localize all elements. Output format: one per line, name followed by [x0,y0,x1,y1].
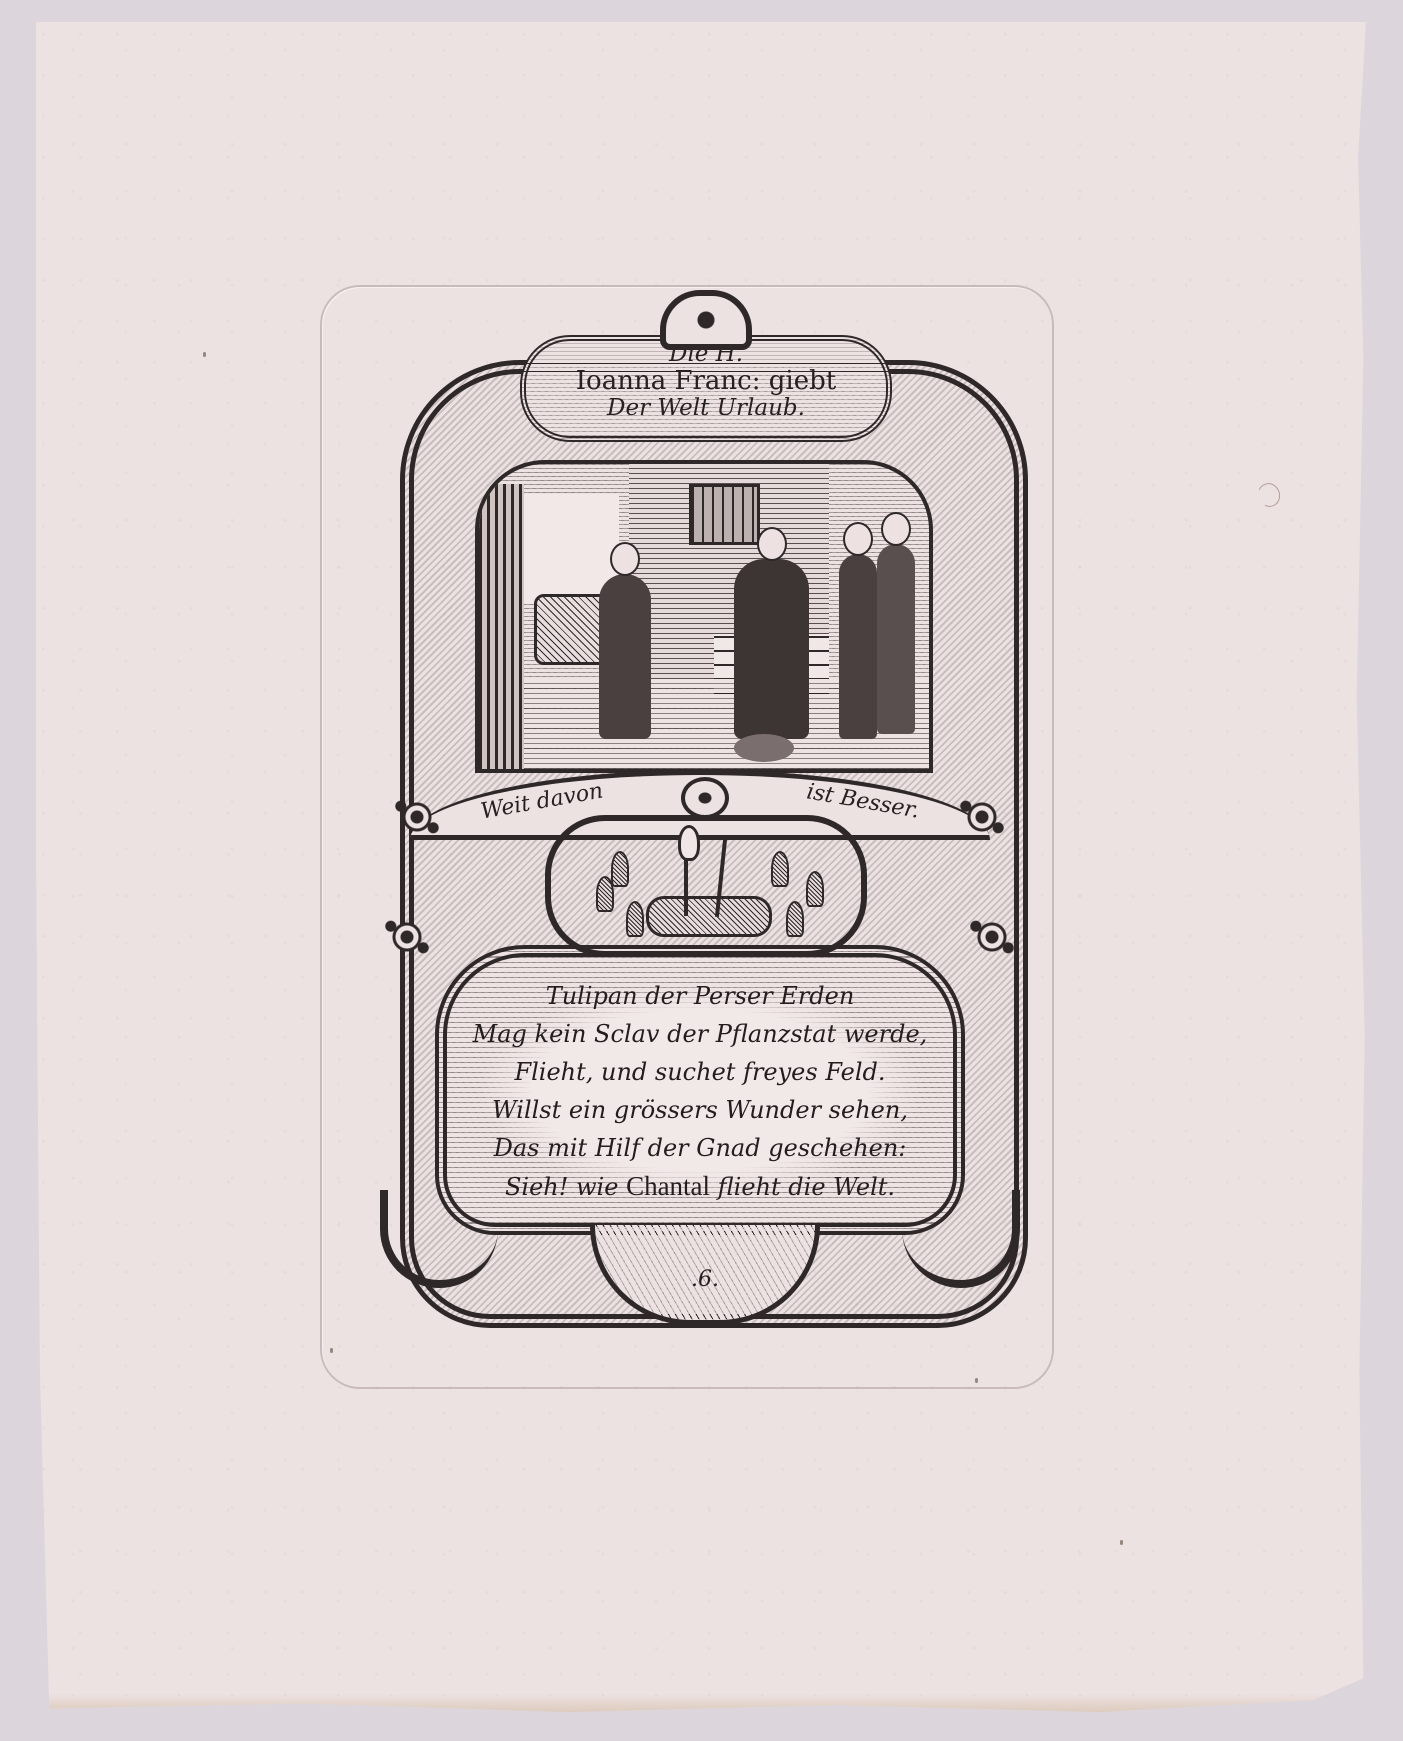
deckle-edge [36,1694,1366,1712]
topiary-tree [786,901,804,937]
flower-garland-right-lower [965,910,1019,964]
title-line-3: Der Welt Urlaub. [526,395,886,422]
figure-child-on-threshold [734,734,794,762]
plate-number: .6. [691,1267,719,1292]
title-cartouche: Die H. Ioanna Franc: giebt Der Welt Urla… [520,335,892,442]
verse-line-4: Willst ein grössers Wunder sehen, [447,1091,953,1129]
verse-line-3: Flieht, und suchet freyes Feld. [447,1053,953,1091]
topiary-tree [771,851,789,887]
flower-garland-right [955,790,1009,844]
engraving: Die H. Ioanna Franc: giebt Der Welt Urla… [380,290,1020,1330]
verse-line-6-start: Sieh! wie [505,1173,626,1201]
garden-parterre [646,896,772,937]
verse-line-6-end: flieht die Welt. [710,1173,895,1201]
verse-line-1: Tulipan der Perser Erden [447,977,953,1015]
figure-mother-stepping [734,559,809,739]
ribbon-boss-ornament [681,777,729,819]
figure-onlooker-2 [877,544,915,734]
paper-speck [1120,1540,1123,1545]
flower-garland-left [390,790,444,844]
verse-line-2: Mag kein Sclav der Pflanzstat werde, [447,1015,953,1053]
topiary-tree [626,901,644,937]
verse-cartouche: Tulipan der Perser Erden Mag kein Sclav … [435,945,965,1235]
figure-onlooker-1 [839,554,877,739]
crest-ornament [660,290,752,350]
tulip-flower-icon [678,825,700,861]
figure-young-woman [599,574,651,739]
verse-line-6: Sieh! wie Chantal flieht die Welt. [447,1167,953,1206]
main-scene [475,460,933,773]
verse-name-chantal: Chantal [626,1171,710,1201]
window [689,484,760,545]
topiary-tree [611,851,629,887]
paper-speck [203,352,206,357]
verse-line-5: Das mit Hilf der Gnad geschehen: [447,1129,953,1167]
flower-garland-left-lower [380,910,434,964]
paper-speck [330,1348,333,1353]
tulip-garden-vignette [545,815,867,957]
topiary-tree [806,871,824,907]
paper-speck [975,1378,978,1383]
iron-gate [479,484,524,769]
title-line-2: Ioanna Franc: giebt [526,368,886,395]
